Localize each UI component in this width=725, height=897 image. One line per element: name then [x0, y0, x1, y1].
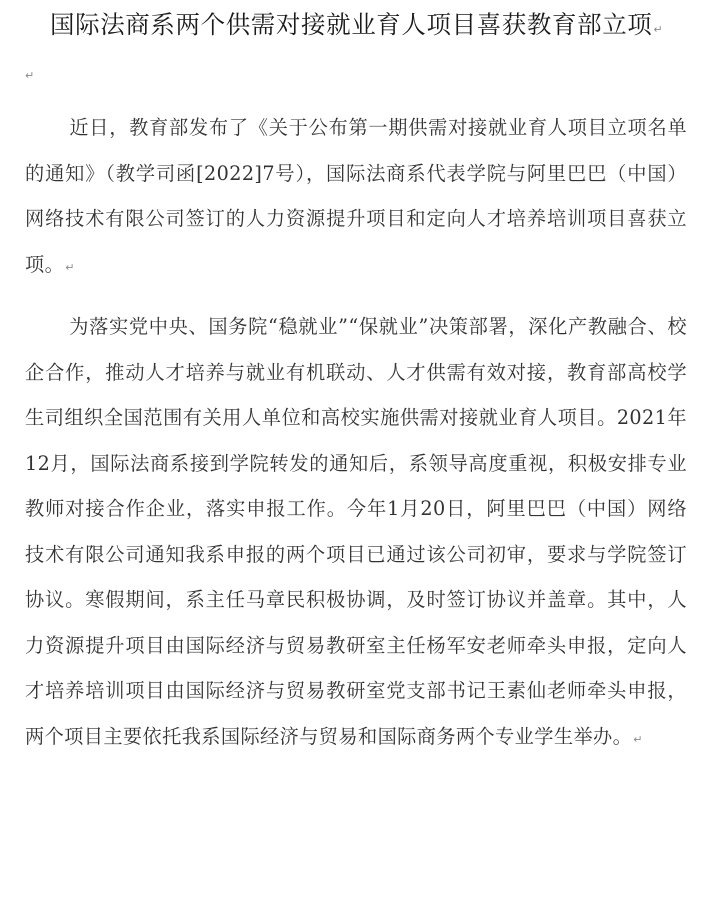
paragraph-mark-icon: ↵	[653, 23, 663, 36]
paragraph-mark-icon: ↵	[65, 261, 75, 274]
paragraph-mark-icon: ↵	[633, 733, 643, 746]
paragraph-1: 近日，教育部发布了《关于公布第一期供需对接就业育人项目立项名单的通知》（教学司函…	[25, 105, 687, 290]
document-title: 国际法商系两个供需对接就业育人项目喜获教育部立项↵	[50, 8, 720, 47]
paragraph-mark-icon: ↵	[25, 69, 34, 82]
paragraph-2-text: 为落实党中央、国务院“稳就业”“保就业”决策部署，深化产教融合、校企合作，推动人…	[25, 315, 687, 748]
document-page: 国际法商系两个供需对接就业育人项目喜获教育部立项↵ ↵ 近日，教育部发布了《关于…	[0, 0, 725, 897]
title-text: 国际法商系两个供需对接就业育人项目喜获教育部立项	[50, 10, 652, 39]
paragraph-2: 为落实党中央、国务院“稳就业”“保就业”决策部署，深化产教融合、校企合作，推动人…	[25, 304, 687, 762]
paragraph-1-text: 近日，教育部发布了《关于公布第一期供需对接就业育人项目立项名单的通知》（教学司函…	[25, 116, 687, 276]
empty-paragraph: ↵	[24, 66, 34, 86]
